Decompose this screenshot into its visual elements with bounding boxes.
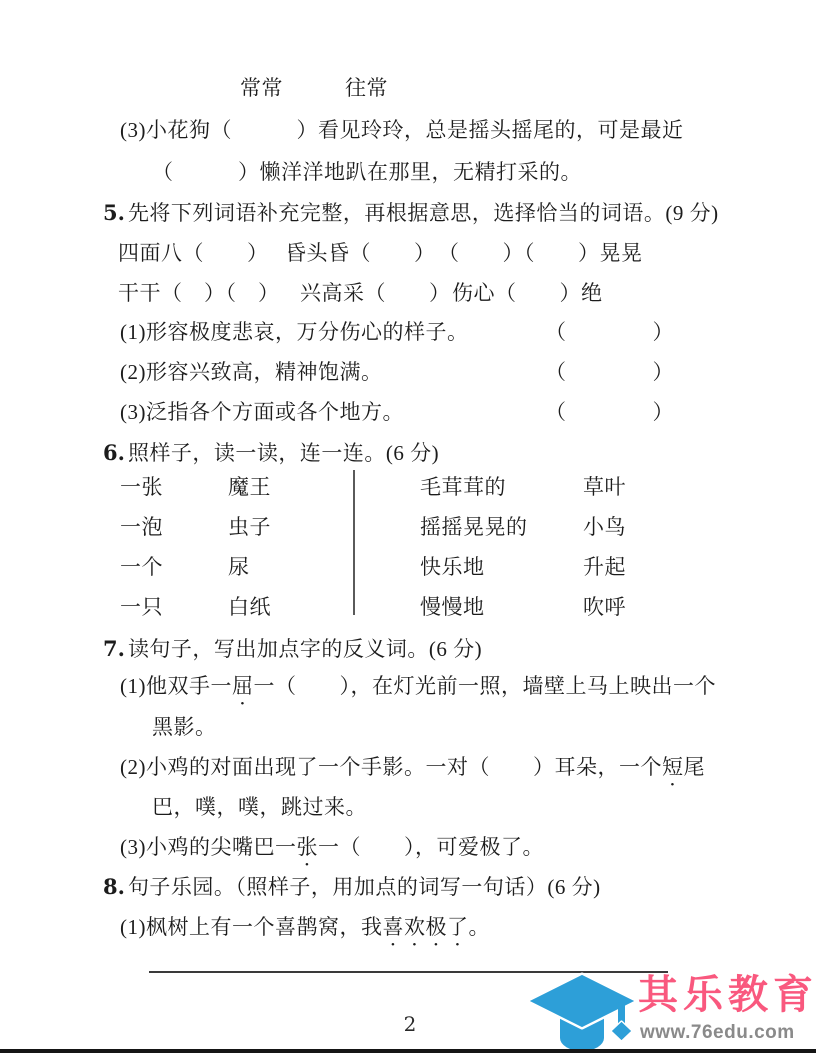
q7-item1-dotted-char: 屈 [232,674,254,698]
q7-item3-post: 一（ ），可爱极了。 [318,835,544,859]
q7-item2-dotted-char: 短 [662,755,684,779]
question-7-title: 7.读句子，写出加点字的反义词。(6 分) [103,633,482,663]
q6-left-measure: 一个 [120,551,163,581]
q5-fill-blank: 伤心（ ）绝 [452,277,603,307]
q6-left-word: 虫子 [228,511,271,541]
q6-right-modifier: 摇摇晃晃的 [420,511,528,541]
bottom-border-bar [0,1049,816,1053]
brand-url: www.76edu.com [640,1022,795,1044]
question-5-number: 5. [103,200,125,225]
q6-right-modifier: 快乐地 [420,551,485,581]
q7-item3-line1: (3)小鸡的尖嘴巴一张一（ ），可爱极了。 [120,831,544,871]
q7-item3-pre: (3)小鸡的尖嘴巴一 [120,835,297,859]
q7-item2-pre: (2)小鸡的对面出现了一个手影。一对（ ）耳朵，一个 [120,755,662,779]
question-6-title: 6.照样子，读一读，连一连。(6 分) [103,437,439,467]
brand-logo: 其乐教育 www.76edu.com [524,970,816,1052]
q8-item1-post: 。 [469,915,491,939]
q5-definition-text: (2)形容兴致高，精神饱满。 [120,356,383,386]
question-8-number: 8. [103,874,125,899]
q5-fill-blank: 兴高采（ ） [300,277,451,307]
q6-left-measure: 一泡 [120,511,163,541]
answer-blank: （ ） [545,316,674,346]
q4-item3-line1: (3)小花狗（ ）看见玲玲，总是摇头摇尾的，可是最近 [120,114,683,144]
question-5-title: 5.先将下列词语补充完整，再根据意思，选择恰当的词语。(9 分) [103,197,719,227]
graduation-cap-icon [524,972,640,1056]
q7-item2-post: 尾 [683,755,705,779]
q6-right-word: 吹呼 [583,591,626,621]
q8-item1-dotted-phrase: 喜欢极了 [383,915,469,939]
q7-item1-line1: (1)他双手一屈一（ ），在灯光前一照，墙壁上马上映出一个 [120,670,716,710]
q6-left-measure: 一张 [120,471,163,501]
q7-item3-dotted-char: 张 [297,835,319,859]
test-paper-page: 常常 往常 (3)小花狗（ ）看见玲玲，总是摇头摇尾的，可是最近 （ ）懒洋洋地… [0,0,816,1056]
q6-right-word: 草叶 [583,471,626,501]
q5-definition-text: (3)泛指各个方面或各个地方。 [120,396,404,426]
q4-item3-line2: （ ）懒洋洋地趴在那里，无精打采的。 [152,156,582,186]
q7-item2-line1: (2)小鸡的对面出现了一个手影。一对（ ）耳朵，一个短尾 [120,751,705,791]
word-bank-option-2: 往常 [345,72,388,102]
answer-blank: （ ） [545,356,674,386]
question-8-title: 8.句子乐园。（照样子，用加点的词写一句话）(6 分) [103,871,601,901]
brand-name: 其乐教育 [638,974,816,1016]
q5-definition-text: (1)形容极度悲哀，万分伤心的样子。 [120,316,469,346]
q5-fill-blank: （ ）（ ）晃晃 [438,237,643,267]
question-7-number: 7. [103,636,125,661]
answer-blank: （ ） [545,396,674,426]
question-6-number: 6. [103,440,125,465]
q8-item1-pre: (1)枫树上有一个喜鹊窝，我 [120,915,383,939]
q5-fill-blank: 干干（ ）（ ） [118,277,280,307]
q6-right-modifier: 毛茸茸的 [420,471,506,501]
q6-right-modifier: 慢慢地 [420,591,485,621]
question-5-title-text: 先将下列词语补充完整，再根据意思，选择恰当的词语。(9 分) [128,201,719,225]
question-6-title-text: 照样子，读一读，连一连。(6 分) [128,441,439,465]
page-number: 2 [380,1012,440,1036]
question-8-title-text: 句子乐园。（照样子，用加点的词写一句话）(6 分) [128,875,601,899]
q6-right-word: 升起 [583,551,626,581]
q6-left-measure: 一只 [120,591,163,621]
q8-item1-line1: (1)枫树上有一个喜鹊窝，我喜欢极了。 [120,911,490,951]
q7-item2-line2: 巴，噗，噗，跳过来。 [152,791,367,821]
match-table-divider [353,470,355,615]
q5-fill-blank: 昏头昏（ ） [285,237,436,267]
question-7-title-text: 读句子，写出加点字的反义词。(6 分) [128,637,482,661]
q7-item1-post: 一（ ），在灯光前一照，墙壁上马上映出一个 [254,674,717,698]
q6-left-word: 白纸 [228,591,271,621]
q6-left-word: 魔王 [228,471,271,501]
word-bank-option-1: 常常 [240,72,283,102]
q5-fill-blank: 四面八（ ） [118,237,269,267]
q6-right-word: 小鸟 [583,511,626,541]
q6-left-word: 尿 [228,551,250,581]
q7-item1-line2: 黑影。 [152,711,217,741]
q7-item1-pre: (1)他双手一 [120,674,232,698]
